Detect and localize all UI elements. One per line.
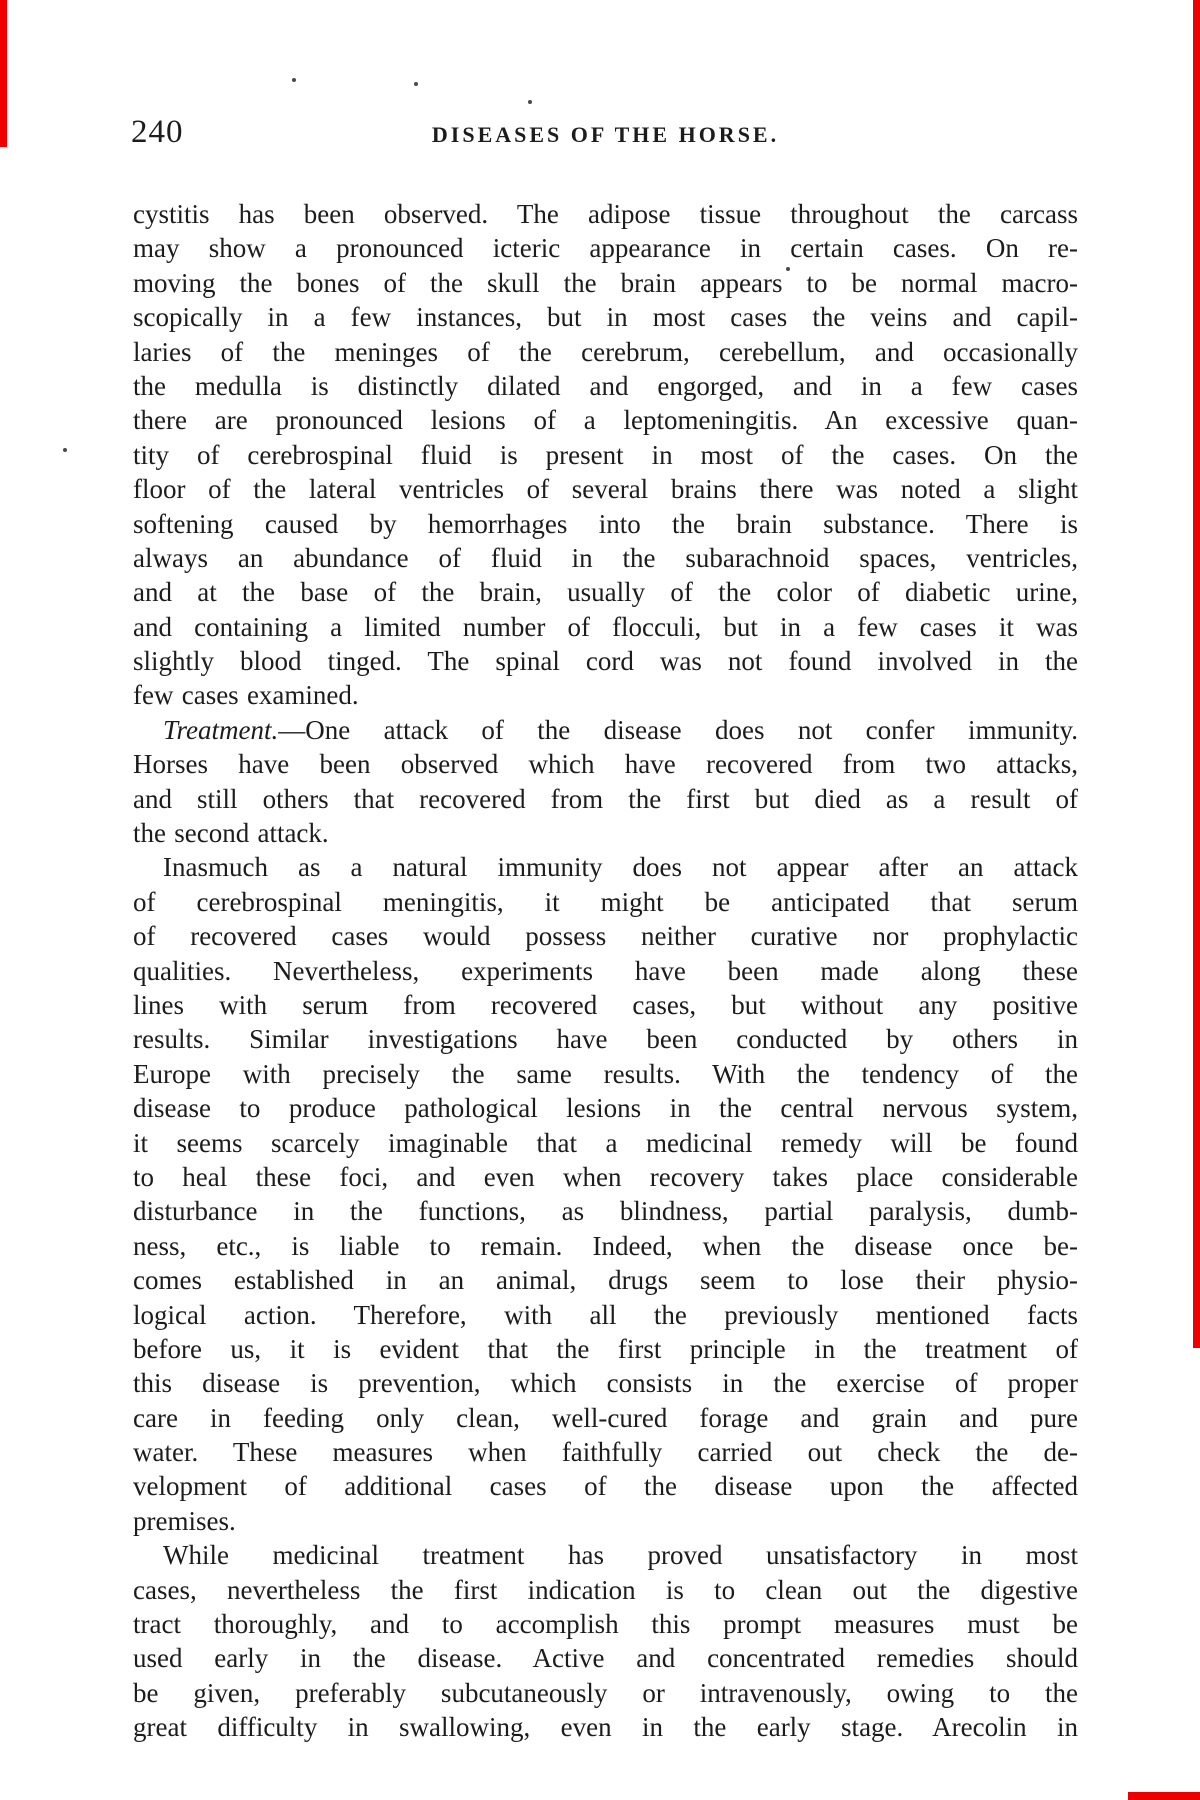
running-title: DISEASES OF THE HORSE. [432, 122, 779, 147]
scan-edge-mark-left [0, 0, 7, 147]
text-line: tract thoroughly, and to accomplish this… [133, 1607, 1078, 1641]
text-line: it seems scarcely imaginable that a medi… [133, 1126, 1078, 1160]
text-line: floor of the lateral ventricles of sever… [133, 472, 1078, 506]
text-line: tity of cerebrospinal fluid is present i… [133, 438, 1078, 472]
text-line: Treatment.—One attack of the disease doe… [133, 713, 1078, 747]
book-page: 240 DISEASES OF THE HORSE. cystitis has … [0, 0, 1200, 1800]
text-line: premises. [133, 1504, 1078, 1538]
paragraph: Inasmuch as a natural immunity does not … [133, 850, 1078, 1538]
text-line: always an abundance of fluid in the suba… [133, 541, 1078, 575]
text-line: logical action. Therefore, with all the … [133, 1298, 1078, 1332]
ink-speck [63, 448, 67, 452]
text-line: results. Similar investigations have bee… [133, 1022, 1078, 1056]
text-line: water. These measures when faithfully ca… [133, 1435, 1078, 1469]
text-line: care in feeding only clean, well-cured f… [133, 1401, 1078, 1435]
text-line: slightly blood tinged. The spinal cord w… [133, 644, 1078, 678]
ink-speck [292, 78, 296, 82]
text-line: qualities. Nevertheless, experiments hav… [133, 954, 1078, 988]
text-line: of recovered cases would possess neither… [133, 919, 1078, 953]
text-line: and still others that recovered from the… [133, 782, 1078, 816]
text-line: moving the bones of the skull the brain … [133, 266, 1078, 300]
text-line: and containing a limited number of flocc… [133, 610, 1078, 644]
scan-edge-mark-right [1193, 0, 1200, 1348]
text-line: Europe with precisely the same results. … [133, 1057, 1078, 1091]
italic-lead: Treatment. [163, 715, 278, 745]
text-line: disease to produce pathological lesions … [133, 1091, 1078, 1125]
text-line: Horses have been observed which have rec… [133, 747, 1078, 781]
text-line: cystitis has been observed. The adipose … [133, 197, 1078, 231]
ink-speck [414, 82, 418, 86]
text-line: be given, preferably subcutaneously or i… [133, 1676, 1078, 1710]
text-line: may show a pronounced icteric appearance… [133, 231, 1078, 265]
text-line: there are pronounced lesions of a leptom… [133, 403, 1078, 437]
paragraph: cystitis has been observed. The adipose … [133, 197, 1078, 713]
text-line: the medulla is distinctly dilated and en… [133, 369, 1078, 403]
text-line: used early in the disease. Active and co… [133, 1641, 1078, 1675]
text-line: Inasmuch as a natural immunity does not … [133, 850, 1078, 884]
text-line: and at the base of the brain, usually of… [133, 575, 1078, 609]
text-line: laries of the meninges of the cerebrum, … [133, 335, 1078, 369]
text-line: great difficulty in swallowing, even in … [133, 1710, 1078, 1744]
text-line: lines with serum from recovered cases, b… [133, 988, 1078, 1022]
scan-edge-mark-bottom [1128, 1792, 1200, 1800]
ink-speck [528, 100, 532, 104]
text-line: the second attack. [133, 816, 1078, 850]
text-block: cystitis has been observed. The adipose … [133, 197, 1078, 1745]
text-line: While medicinal treatment has proved uns… [133, 1538, 1078, 1572]
text-line: disturbance in the functions, as blindne… [133, 1194, 1078, 1228]
text-line: this disease is prevention, which consis… [133, 1366, 1078, 1400]
text-line: to heal these foci, and even when recove… [133, 1160, 1078, 1194]
text-line: ness, etc., is liable to remain. Indeed,… [133, 1229, 1078, 1263]
text-line: cases, nevertheless the first indication… [133, 1573, 1078, 1607]
text-line: few cases examined. [133, 678, 1078, 712]
page-header: DISEASES OF THE HORSE. [133, 122, 1078, 148]
text-line: softening caused by hemorrhages into the… [133, 507, 1078, 541]
paragraph: While medicinal treatment has proved uns… [133, 1538, 1078, 1744]
text-line: scopically in a few instances, but in mo… [133, 300, 1078, 334]
text-line: velopment of additional cases of the dis… [133, 1469, 1078, 1503]
paragraph: Treatment.—One attack of the disease doe… [133, 713, 1078, 851]
text-line: before us, it is evident that the first … [133, 1332, 1078, 1366]
text-line: comes established in an animal, drugs se… [133, 1263, 1078, 1297]
text-line: of cerebrospinal meningitis, it might be… [133, 885, 1078, 919]
